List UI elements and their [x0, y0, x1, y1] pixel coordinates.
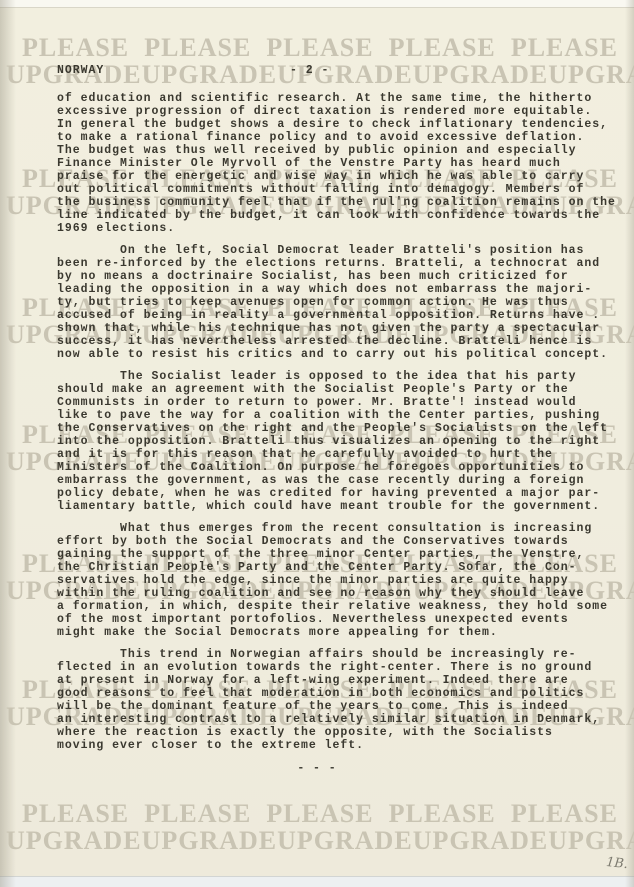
- watermark-word-upgrade: UPGRADE: [548, 827, 634, 854]
- document-body: of education and scientific research. At…: [57, 92, 619, 775]
- watermark-block: PLEASEPLEASEPLEASEPLEASEPLEASEUPGRADEUPG…: [0, 34, 634, 88]
- handwritten-mark: 1B.: [605, 855, 628, 872]
- watermark-please-row: PLEASEPLEASEPLEASEPLEASEPLEASE: [0, 34, 634, 61]
- paragraph-1: of education and scientific research. At…: [57, 92, 619, 235]
- watermark-word-please: PLEASE: [144, 800, 251, 827]
- watermark-word-please: PLEASE: [511, 34, 618, 61]
- watermark-word-please: PLEASE: [389, 34, 496, 61]
- watermark-word-upgrade: UPGRADE: [277, 827, 413, 854]
- page-header: NORWAY - 2 -: [0, 64, 634, 79]
- paragraph-3: The Socialist leader is opposed to the i…: [57, 370, 619, 513]
- watermark-word-please: PLEASE: [266, 800, 373, 827]
- watermark-word-please: PLEASE: [22, 34, 129, 61]
- watermark-upgrade-row: UPGRADEUPGRADEUPGRADEUPGRADEUPGRADE: [0, 827, 634, 854]
- watermark-please-row: PLEASEPLEASEPLEASEPLEASEPLEASE: [0, 800, 634, 827]
- scanned-document-page: PLEASEPLEASEPLEASEPLEASEPLEASEUPGRADEUPG…: [0, 0, 634, 887]
- paragraph-5: This trend in Norwegian affairs should b…: [57, 648, 619, 752]
- watermark-word-please: PLEASE: [144, 34, 251, 61]
- paragraph-2: On the left, Social Democrat leader Brat…: [57, 244, 619, 361]
- watermark-word-upgrade: UPGRADE: [6, 827, 142, 854]
- watermark-word-upgrade: UPGRADE: [413, 827, 549, 854]
- watermark-word-please: PLEASE: [22, 800, 129, 827]
- page-number: - 2 -: [290, 64, 329, 77]
- watermark-block: PLEASEPLEASEPLEASEPLEASEPLEASEUPGRADEUPG…: [0, 800, 634, 854]
- watermark-word-please: PLEASE: [511, 800, 618, 827]
- watermark-word-please: PLEASE: [389, 800, 496, 827]
- paragraph-4: What thus emerges from the recent consul…: [57, 522, 619, 639]
- watermark-word-upgrade: UPGRADE: [142, 827, 278, 854]
- watermark-word-please: PLEASE: [266, 34, 373, 61]
- end-mark: - - -: [57, 762, 577, 775]
- page-title: NORWAY: [57, 64, 104, 77]
